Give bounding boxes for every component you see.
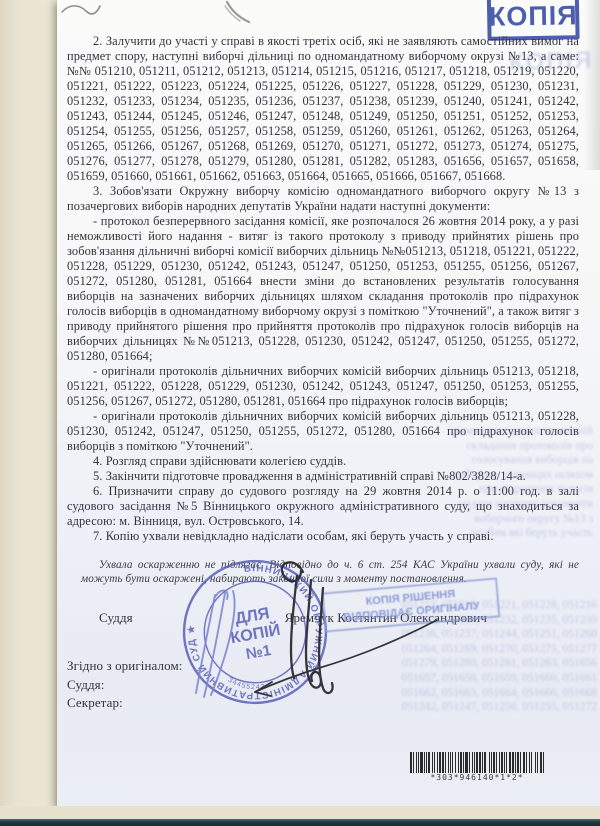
paragraph-item-2: 2. Залучити до участі у справі в якості … xyxy=(67,34,579,184)
paragraph-originals-2: - оригінали протоколів дільничних виборч… xyxy=(67,409,579,454)
barcode: *303*946140*1*2* xyxy=(397,752,557,782)
barcode-text: *303*946140*1*2* xyxy=(397,773,557,782)
judge-label: Суддя xyxy=(99,610,133,625)
arrow-annotation xyxy=(237,612,447,707)
pen-mark-top-left xyxy=(59,0,105,18)
document-page: КОПІЯ КОПІЯ 2. Залучити до участі у спра… xyxy=(57,0,600,806)
scanner-background-bottom xyxy=(0,806,600,819)
staple-mark xyxy=(217,0,257,28)
page-edge-shadow xyxy=(584,0,600,170)
paragraph-item-3: 3. Зобов'язати Окружну виборчу комісію о… xyxy=(67,184,579,214)
scanner-background-left xyxy=(0,0,57,826)
paragraph-originals-1: - оригінали протоколів дільничних виборч… xyxy=(67,364,579,409)
scanner-edge-line xyxy=(0,819,600,826)
paragraph-item-6: 6. Призначити справу до судового розгляд… xyxy=(67,484,579,529)
barcode-bars xyxy=(397,752,557,773)
paragraph-item-7: 7. Копію ухвали невідкладно надіслати ос… xyxy=(67,529,579,544)
paragraph-item-4: 4. Розгляд справи здійснювати колегією с… xyxy=(67,454,579,469)
kopiya-stamp-label: КОПІЯ xyxy=(489,0,578,33)
paragraph-protocol: - протокол безперервного засідання коміс… xyxy=(67,214,579,364)
paragraph-item-5: 5. Закінчити підготовче провадження в ад… xyxy=(67,469,579,484)
